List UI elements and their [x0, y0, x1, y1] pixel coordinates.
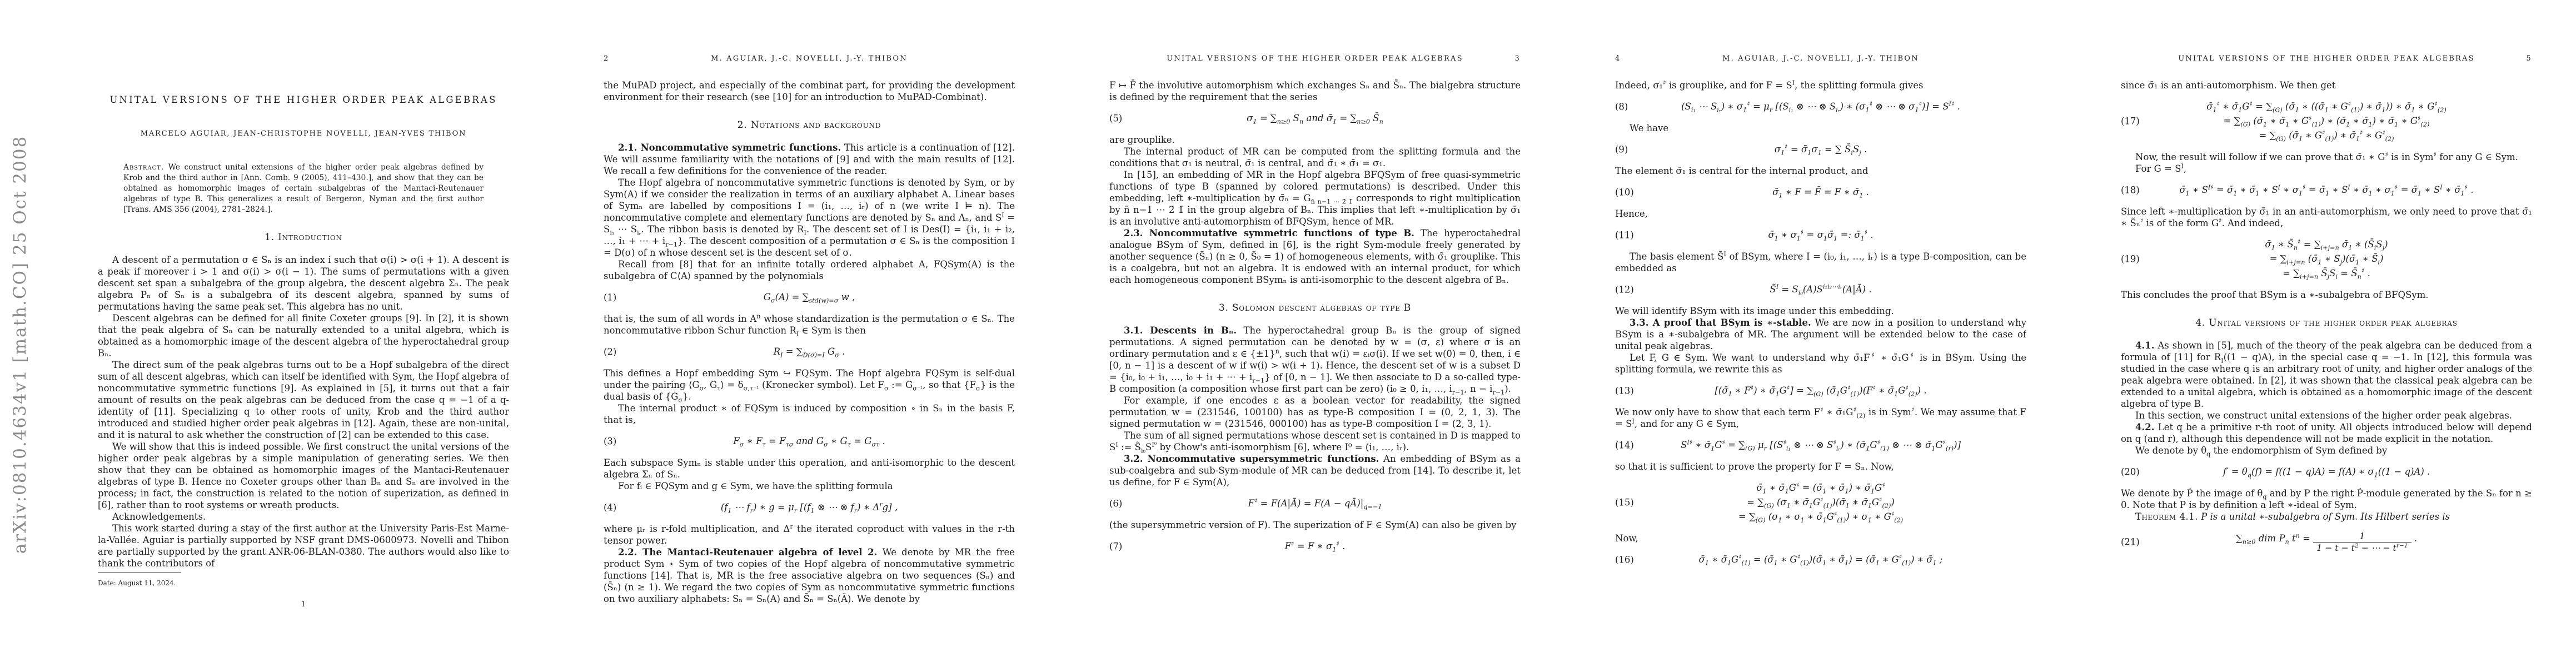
paragraph: This work started during a stay of the f…	[98, 522, 509, 569]
equation: (21)∑n≥0 dim Pn tn = 11 − t − t2 − ⋯ − t…	[2121, 531, 2532, 553]
equation: (4)(f1 ⋯ fr) ∗ g = μr [(f1 ⊗ ⋯ ⊗ fr) ∗ Δ…	[604, 500, 1015, 515]
equation: (18)σ̄1 ∗ SI♯ = σ̄1 ∗ σ̄1 ∗ SI ∗ σ1♯ = σ…	[2121, 183, 2532, 197]
page-3-body: UNITAL VERSIONS OF THE HIGHER ORDER PEAK…	[1109, 0, 1521, 554]
paragraph: For G = SI,	[2121, 163, 2532, 175]
paragraph: 4.1. As shown in [5], much of the theory…	[2121, 340, 2532, 410]
paragraph: The direct sum of the peak algebras turn…	[98, 359, 509, 441]
abstract: Abstract. We construct unital extensions…	[123, 162, 484, 215]
running-header-right: 5	[2508, 54, 2532, 63]
running-header-center: M. AGUIAR, J.-C. NOVELLI, J.-Y. THIBON	[628, 54, 990, 63]
paragraph-text: P is a unital ∗-subalgebra of Sym. Its H…	[2201, 511, 2450, 522]
paragraph: 3.2. Noncommutative supersymmetric funct…	[1109, 453, 1521, 488]
equation: (5)σ1 = ∑n≥0 Sn and σ̄1 = ∑n≥0 S̄n	[1109, 111, 1521, 126]
equation-lines: σ̄1 ∗ σ̄1G♯ = (σ̄1 ∗ σ̄1) ∗ σ̄1G♯= ∑(G) …	[1615, 481, 2026, 524]
equation-line: σ̄1 ∗ σ̄1G♯ = (σ̄1 ∗ σ̄1) ∗ σ̄1G♯	[1615, 481, 2026, 495]
equation-line: F♯ = F(A|Ā) = F(A − qĀ)|q=−1	[1109, 496, 1521, 511]
equation-line: (f1 ⋯ fr) ∗ g = μr [(f1 ⊗ ⋯ ⊗ fr) ∗ Δrg]…	[604, 500, 1015, 515]
equation-line: RI = ∑D(σ)=I Gσ .	[604, 345, 1015, 359]
equation: (15)σ̄1 ∗ σ̄1G♯ = (σ̄1 ∗ σ̄1) ∗ σ̄1G♯= ∑…	[1615, 481, 2026, 524]
equation: (1)Gσ(A) = ∑std(w)=σ w ,	[604, 290, 1015, 305]
equation-lines: F♯ = F ∗ σ1♯ .	[1109, 539, 1521, 554]
equation-number: (19)	[2121, 254, 2140, 265]
equation-line: SI♯ ∗ σ̄1G♯ = ∑(G) μr [(S♯i₁ ⊗ ⋯ ⊗ S♯iᵣ)…	[1615, 438, 2026, 452]
paragraph: The element σ̄₁ is central for the inter…	[1615, 165, 2026, 177]
equation-line: σ̄1 ∗ σ1♯ = σ1σ̄1 =: σ̄1♯ .	[1615, 228, 2026, 242]
paragraph: 4.2. Let q be a primitive r-th root of u…	[2121, 421, 2532, 445]
running-header-center: UNITAL VERSIONS OF THE HIGHER ORDER PEAK…	[2145, 54, 2508, 63]
equation-number: (13)	[1615, 386, 1634, 396]
equation-lines: [(σ̄1 ∗ F♯) ∗ σ̄1G♯] = ∑(G) (σ̄1G♯(1))(F…	[1615, 384, 2026, 398]
paragraph: We have	[1615, 122, 2026, 134]
paragraph: In this section, we construct unital ext…	[2121, 410, 2532, 421]
paragraph: Now,	[1615, 532, 2026, 544]
paragraph: We will identify BSym with its image und…	[1615, 305, 2026, 317]
equation-number: (15)	[1615, 497, 1634, 508]
equation: (11)σ̄1 ∗ σ1♯ = σ1σ̄1 =: σ̄1♯ .	[1615, 228, 2026, 242]
equation: (20)f′ = θq(f) = f((1 − q)A) = f(A) ∗ σ1…	[2121, 465, 2532, 479]
equation-line: = ∑(G) (σ1 ∗ σ̄1G♯(1))(σ̄1 ∗ σ̄1G♯(2))	[1615, 495, 2026, 510]
paragraph: since σ̄₁ is an anti-automorphism. We th…	[2121, 79, 2532, 91]
running-header-left: 2	[604, 54, 628, 63]
paragraph: F ↦ F̄ the involutive automorphism which…	[1109, 79, 1521, 103]
runin-heading: 2.3. Noncommutative symmetric functions …	[1124, 228, 1414, 238]
runin-heading: 2.2. The Mantaci-Reutenauer algebra of l…	[618, 547, 877, 558]
equation: (19)σ̄1 ∗ S̃n♯ = ∑i+j=n σ̄1 ∗ (S̄iSj)= ∑…	[2121, 237, 2532, 281]
equation-lines: Gσ(A) = ∑std(w)=σ w ,	[604, 290, 1015, 305]
paragraph-text: Let q be a primitive r-th root of unity.…	[2121, 422, 2532, 444]
paragraph: The internal product ∗ of FQSym is induc…	[604, 402, 1015, 426]
equation-number: (10)	[1615, 187, 1634, 198]
paragraph: 2.3. Noncommutative symmetric functions …	[1109, 227, 1521, 286]
arxiv-stamp: arXiv:0810.4634v1 [math.CO] 25 Oct 2008	[10, 94, 30, 595]
section-heading: 4. Unital versions of the higher order p…	[2121, 317, 2532, 328]
page-1-body: UNITAL VERSIONS OF THE HIGHER ORDER PEAK…	[98, 0, 509, 569]
paragraph: (the supersymmetric version of F). The s…	[1109, 519, 1521, 531]
paragraph: are grouplike.	[1109, 134, 1521, 146]
paragraph: 2.2. The Mantaci-Reutenauer algebra of l…	[604, 546, 1015, 605]
document-canvas: arXiv:0810.4634v1 [math.CO] 25 Oct 2008 …	[0, 0, 2576, 667]
paragraph-text: As shown in [5], much of the theory of t…	[2121, 340, 2532, 409]
paragraph: Hence,	[1615, 208, 2026, 220]
page-5-body: UNITAL VERSIONS OF THE HIGHER ORDER PEAK…	[2121, 0, 2532, 553]
equation-number: (21)	[2121, 537, 2140, 547]
paragraph: For example, if one encodes ε as a boole…	[1109, 395, 1521, 430]
paragraph: Now, the result will follow if we can pr…	[2121, 151, 2532, 163]
equation-line: = ∑(G) (σ1 ∗ σ1 ∗ σ̄1G♯(1)) ∗ σ1 ∗ G♯(2)	[1615, 510, 2026, 524]
authors-line: MARCELO AGUIAR, JEAN-CHRISTOPHE NOVELLI,…	[98, 130, 509, 138]
equation: (13)[(σ̄1 ∗ F♯) ∗ σ̄1G♯] = ∑(G) (σ̄1G♯(1…	[1615, 384, 2026, 398]
equation: (14)SI♯ ∗ σ̄1G♯ = ∑(G) μr [(S♯i₁ ⊗ ⋯ ⊗ S…	[1615, 438, 2026, 452]
equation-line: σ1 = ∑n≥0 Sn and σ̄1 = ∑n≥0 S̄n	[1109, 111, 1521, 126]
equation-line: σ̄1 ∗ S̃n♯ = ∑i+j=n σ̄1 ∗ (S̄iSj)	[2121, 237, 2532, 252]
page-1: UNITAL VERSIONS OF THE HIGHER ORDER PEAK…	[98, 0, 509, 667]
section-heading: 2. Notations and background	[604, 120, 1015, 131]
page-2-body: 2M. AGUIAR, J.-C. NOVELLI, J.-Y. THIBONt…	[604, 0, 1015, 605]
paragraph: In [15], an embedding of MR in the Hopf …	[1109, 169, 1521, 227]
runin-heading: Theorem 4.1.	[2135, 511, 2198, 522]
paragraph: Acknowledgements.	[98, 511, 509, 522]
paragraph: The internal product of MR can be comput…	[1109, 146, 1521, 169]
equation-number: (20)	[2121, 467, 2140, 477]
equation: (8)(Si₁ ⋯ Siᵣ) ∗ σ1♯ = μr [(Si₁ ⊗ ⋯ ⊗ Si…	[1615, 99, 2026, 114]
equation-line: = ∑(G) (σ̄1 ∗ σ̄1 ∗ G♯(1)) ∗ (σ̄1 ∗ σ̄1)…	[2121, 114, 2532, 128]
paragraph: We now only have to show that each term …	[1615, 406, 2026, 430]
equation-line: [(σ̄1 ∗ F♯) ∗ σ̄1G♯] = ∑(G) (σ̄1G♯(1))(F…	[1615, 384, 2026, 398]
equation-lines: F♯ = F(A|Ā) = F(A − qĀ)|q=−1	[1109, 496, 1521, 511]
equation-lines: σ̄1 ∗ S̃n♯ = ∑i+j=n σ̄1 ∗ (S̄iSj)= ∑i+j=…	[2121, 237, 2532, 281]
equation-number: (14)	[1615, 440, 1634, 451]
page-4-body: 4M. AGUIAR, J.-C. NOVELLI, J.-Y. THIBONI…	[1615, 0, 2026, 567]
equation: (7)F♯ = F ∗ σ1♯ .	[1109, 539, 1521, 554]
equation-line: f′ = θq(f) = f((1 − q)A) = f(A) ∗ σ1((1 …	[2121, 465, 2532, 479]
runin-heading: 2.1. Noncommutative symmetric functions.	[618, 142, 841, 153]
paragraph: Descent algebras can be defined for all …	[98, 312, 509, 359]
running-header-right: 3	[1496, 54, 1521, 63]
paragraph: A descent of a permutation σ ∈ Sₙ is an …	[98, 254, 509, 312]
equation: (12)S̃I = Si₀(A)Si₁i₂⋯iᵣ(A|Ā) .	[1615, 282, 2026, 297]
equation-line: σ̄1♯ ∗ σ̄1G♯ = ∑(G) (σ̄1 ∗ ((σ̄1 ∗ G♯(1)…	[2121, 99, 2532, 114]
equation-lines: S̃I = Si₀(A)Si₁i₂⋯iᵣ(A|Ā) .	[1615, 282, 2026, 297]
equation-line: σ̄1 ∗ SI♯ = σ̄1 ∗ σ̄1 ∗ SI ∗ σ1♯ = σ̄1 ∗…	[2121, 183, 2532, 197]
paragraph: This defines a Hopf embedding Sym ↪ FQSy…	[604, 367, 1015, 402]
page-2: 2M. AGUIAR, J.-C. NOVELLI, J.-Y. THIBONt…	[604, 0, 1015, 667]
paragraph: The sum of all signed permutations whose…	[1109, 430, 1521, 453]
equation-lines: RI = ∑D(σ)=I Gσ .	[604, 345, 1015, 359]
equation: (9)σ1♯ = σ̄1σ1 = ∑ S̄iSj .	[1615, 142, 2026, 157]
equation-number: (18)	[2121, 185, 2140, 196]
equation: (6)F♯ = F(A|Ā) = F(A − qĀ)|q=−1	[1109, 496, 1521, 511]
equation-number: (8)	[1615, 102, 1628, 112]
paragraph: so that it is sufficient to prove the pr…	[1615, 461, 2026, 472]
equation-lines: σ1 = ∑n≥0 Sn and σ̄1 = ∑n≥0 S̄n	[1109, 111, 1521, 126]
paper-title: UNITAL VERSIONS OF THE HIGHER ORDER PEAK…	[98, 93, 509, 107]
equation-number: (17)	[2121, 116, 2140, 127]
equation-lines: ∑n≥0 dim Pn tn = 11 − t − t2 − ⋯ − tr−1 …	[2121, 531, 2532, 553]
runin-heading: 3.3. A proof that BSym is ∗-stable.	[1630, 317, 1811, 328]
equation-line: σ̄1 ∗ σ̄1G♯(1) = (σ̄1 ∗ G♯(1))(σ̄1 ∗ σ̄1…	[1615, 552, 2026, 567]
paragraph: We denote by Ṗ the image of θq and by P …	[2121, 487, 2532, 511]
equation-number: (12)	[1615, 285, 1634, 295]
equation-lines: (f1 ⋯ fr) ∗ g = μr [(f1 ⊗ ⋯ ⊗ fr) ∗ Δrg]…	[604, 500, 1015, 515]
equation-number: (5)	[1109, 113, 1122, 124]
equation-lines: σ1♯ = σ̄1σ1 = ∑ S̄iSj .	[1615, 142, 2026, 157]
equation-line: Gσ(A) = ∑std(w)=σ w ,	[604, 290, 1015, 305]
paragraph: 2.1. Noncommutative symmetric functions.…	[604, 142, 1015, 177]
runin-heading: 3.2. Noncommutative supersymmetric funct…	[1124, 454, 1379, 464]
page-3: UNITAL VERSIONS OF THE HIGHER ORDER PEAK…	[1109, 0, 1521, 667]
equation-line: (Si₁ ⋯ Siᵣ) ∗ σ1♯ = μr [(Si₁ ⊗ ⋯ ⊗ Siᵣ) …	[1615, 99, 2026, 114]
equation-lines: σ̄1 ∗ σ1♯ = σ1σ̄1 =: σ̄1♯ .	[1615, 228, 2026, 242]
equation-line: S̃I = Si₀(A)Si₁i₂⋯iᵣ(A|Ā) .	[1615, 282, 2026, 297]
equation-number: (2)	[604, 347, 616, 357]
equation-line: F♯ = F ∗ σ1♯ .	[1109, 539, 1521, 554]
equation-number: (3)	[604, 436, 616, 447]
equation-number: (4)	[604, 502, 616, 513]
equation-lines: σ̄1 ∗ σ̄1G♯(1) = (σ̄1 ∗ G♯(1))(σ̄1 ∗ σ̄1…	[1615, 552, 2026, 567]
running-header-center: UNITAL VERSIONS OF THE HIGHER ORDER PEAK…	[1134, 54, 1496, 63]
equation-lines: σ̄1♯ ∗ σ̄1G♯ = ∑(G) (σ̄1 ∗ ((σ̄1 ∗ G♯(1)…	[2121, 99, 2532, 143]
paragraph: For fᵢ ∈ FQSym and g ∈ Sym, we have the …	[604, 480, 1015, 492]
equation-number: (9)	[1615, 145, 1628, 155]
paragraph: 3.3. A proof that BSym is ∗-stable. We a…	[1615, 317, 2026, 352]
paragraph: We denote by θq the endomorphism of Sym …	[2121, 445, 2532, 456]
equation-line: = ∑(G) (σ̄1 ∗ G♯(1)) ∗ σ̄1♯ ∗ G♯(2)	[2121, 128, 2532, 143]
equation: (2)RI = ∑D(σ)=I Gσ .	[604, 345, 1015, 359]
equation: (17)σ̄1♯ ∗ σ̄1G♯ = ∑(G) (σ̄1 ∗ ((σ̄1 ∗ G…	[2121, 99, 2532, 143]
paragraph: Recall from [8] that for an infinite tot…	[604, 258, 1015, 282]
equation-lines: f′ = θq(f) = f((1 − q)A) = f(A) ∗ σ1((1 …	[2121, 465, 2532, 479]
equation: (16)σ̄1 ∗ σ̄1G♯(1) = (σ̄1 ∗ G♯(1))(σ̄1 ∗…	[1615, 552, 2026, 567]
paragraph: This concludes the proof that BSym is a …	[2121, 289, 2532, 301]
paragraph: Each subspace Symₙ is stable under this …	[604, 457, 1015, 480]
running-header-left: 4	[1615, 54, 1640, 63]
equation-lines: σ̄1 ∗ F = F̄ = F ∗ σ̄1 .	[1615, 185, 2026, 200]
equation-lines: σ̄1 ∗ SI♯ = σ̄1 ∗ σ̄1 ∗ SI ∗ σ1♯ = σ̄1 ∗…	[2121, 183, 2532, 197]
paragraph: that is, the sum of all words in An whos…	[604, 313, 1015, 336]
equation-line: = ∑i+j=n S̄jSi = S̄n♯ .	[2121, 266, 2532, 281]
paragraph: The Hopf algebra of noncommutative symme…	[604, 177, 1015, 258]
running-header: 4M. AGUIAR, J.-C. NOVELLI, J.-Y. THIBON	[1615, 54, 2026, 63]
section-heading: 3. Solomon descent algebras of type B	[1109, 302, 1521, 313]
equation-line: σ1♯ = σ̄1σ1 = ∑ S̄iSj .	[1615, 142, 2026, 157]
paragraph: Let F, G ∈ Sym. We want to understand wh…	[1615, 352, 2026, 375]
runin-heading: 3.1. Descents in Bₙ.	[1124, 325, 1237, 336]
equation-line: ∑n≥0 dim Pn tn = 11 − t − t2 − ⋯ − tr−1 …	[2121, 531, 2532, 553]
equation-number: (6)	[1109, 499, 1122, 509]
running-header-center: M. AGUIAR, J.-C. NOVELLI, J.-Y. THIBON	[1640, 54, 2002, 63]
equation-number: (1)	[604, 292, 616, 303]
date-footnote: Date: August 11, 2024.	[98, 579, 176, 587]
page-4: 4M. AGUIAR, J.-C. NOVELLI, J.-Y. THIBONI…	[1615, 0, 2026, 667]
abstract-label: Abstract.	[123, 163, 164, 172]
running-header: UNITAL VERSIONS OF THE HIGHER ORDER PEAK…	[1109, 54, 1521, 63]
paragraph: where μᵣ is r-fold multiplication, and Δ…	[604, 523, 1015, 546]
equation-line: Fσ ∗ Fτ = Fτσ and Gσ ∗ Gτ = Gστ .	[604, 434, 1015, 449]
equation-number: (11)	[1615, 230, 1634, 241]
equation-line: = ∑i+j=n (σ̄1 ∗ Sj)(σ̄1 ∗ S̄i)	[2121, 252, 2532, 266]
equation: (10)σ̄1 ∗ F = F̄ = F ∗ σ̄1 .	[1615, 185, 2026, 200]
paragraph: We will show that this is indeed possibl…	[98, 441, 509, 511]
abstract-text: We construct unital extensions of the hi…	[123, 163, 484, 214]
equation-number: (16)	[1615, 555, 1634, 565]
page-number: 1	[98, 600, 509, 609]
runin-heading: 4.2.	[2135, 422, 2154, 432]
equation-lines: Fσ ∗ Fτ = Fτσ and Gσ ∗ Gτ = Gστ .	[604, 434, 1015, 449]
page-5: UNITAL VERSIONS OF THE HIGHER ORDER PEAK…	[2121, 0, 2532, 667]
section-heading: 1. Introduction	[98, 232, 509, 243]
paragraph: Indeed, σ₁♯ is grouplike, and for F = SI…	[1615, 79, 2026, 91]
equation: (3)Fσ ∗ Fτ = Fτσ and Gσ ∗ Gτ = Gστ .	[604, 434, 1015, 449]
paragraph: The basis element S̃I of BSym, where I =…	[1615, 251, 2026, 274]
running-header: 2M. AGUIAR, J.-C. NOVELLI, J.-Y. THIBON	[604, 54, 1015, 63]
equation-lines: (Si₁ ⋯ Siᵣ) ∗ σ1♯ = μr [(Si₁ ⊗ ⋯ ⊗ Siᵣ) …	[1615, 99, 2026, 114]
footnote-rule	[98, 573, 181, 573]
paragraph: Theorem 4.1. P is a unital ∗-subalgebra …	[2121, 511, 2532, 522]
equation-line: σ̄1 ∗ F = F̄ = F ∗ σ̄1 .	[1615, 185, 2026, 200]
running-header: UNITAL VERSIONS OF THE HIGHER ORDER PEAK…	[2121, 54, 2532, 63]
equation-number: (7)	[1109, 541, 1122, 552]
paragraph: 3.1. Descents in Bₙ. The hyperoctahedral…	[1109, 325, 1521, 395]
runin-heading: 4.1.	[2135, 340, 2154, 351]
equation-lines: SI♯ ∗ σ̄1G♯ = ∑(G) μr [(S♯i₁ ⊗ ⋯ ⊗ S♯iᵣ)…	[1615, 438, 2026, 452]
paragraph: the MuPAD project, and especially of the…	[604, 79, 1015, 103]
paragraph: Since left ∗-multiplication by σ̄₁ in an…	[2121, 206, 2532, 229]
